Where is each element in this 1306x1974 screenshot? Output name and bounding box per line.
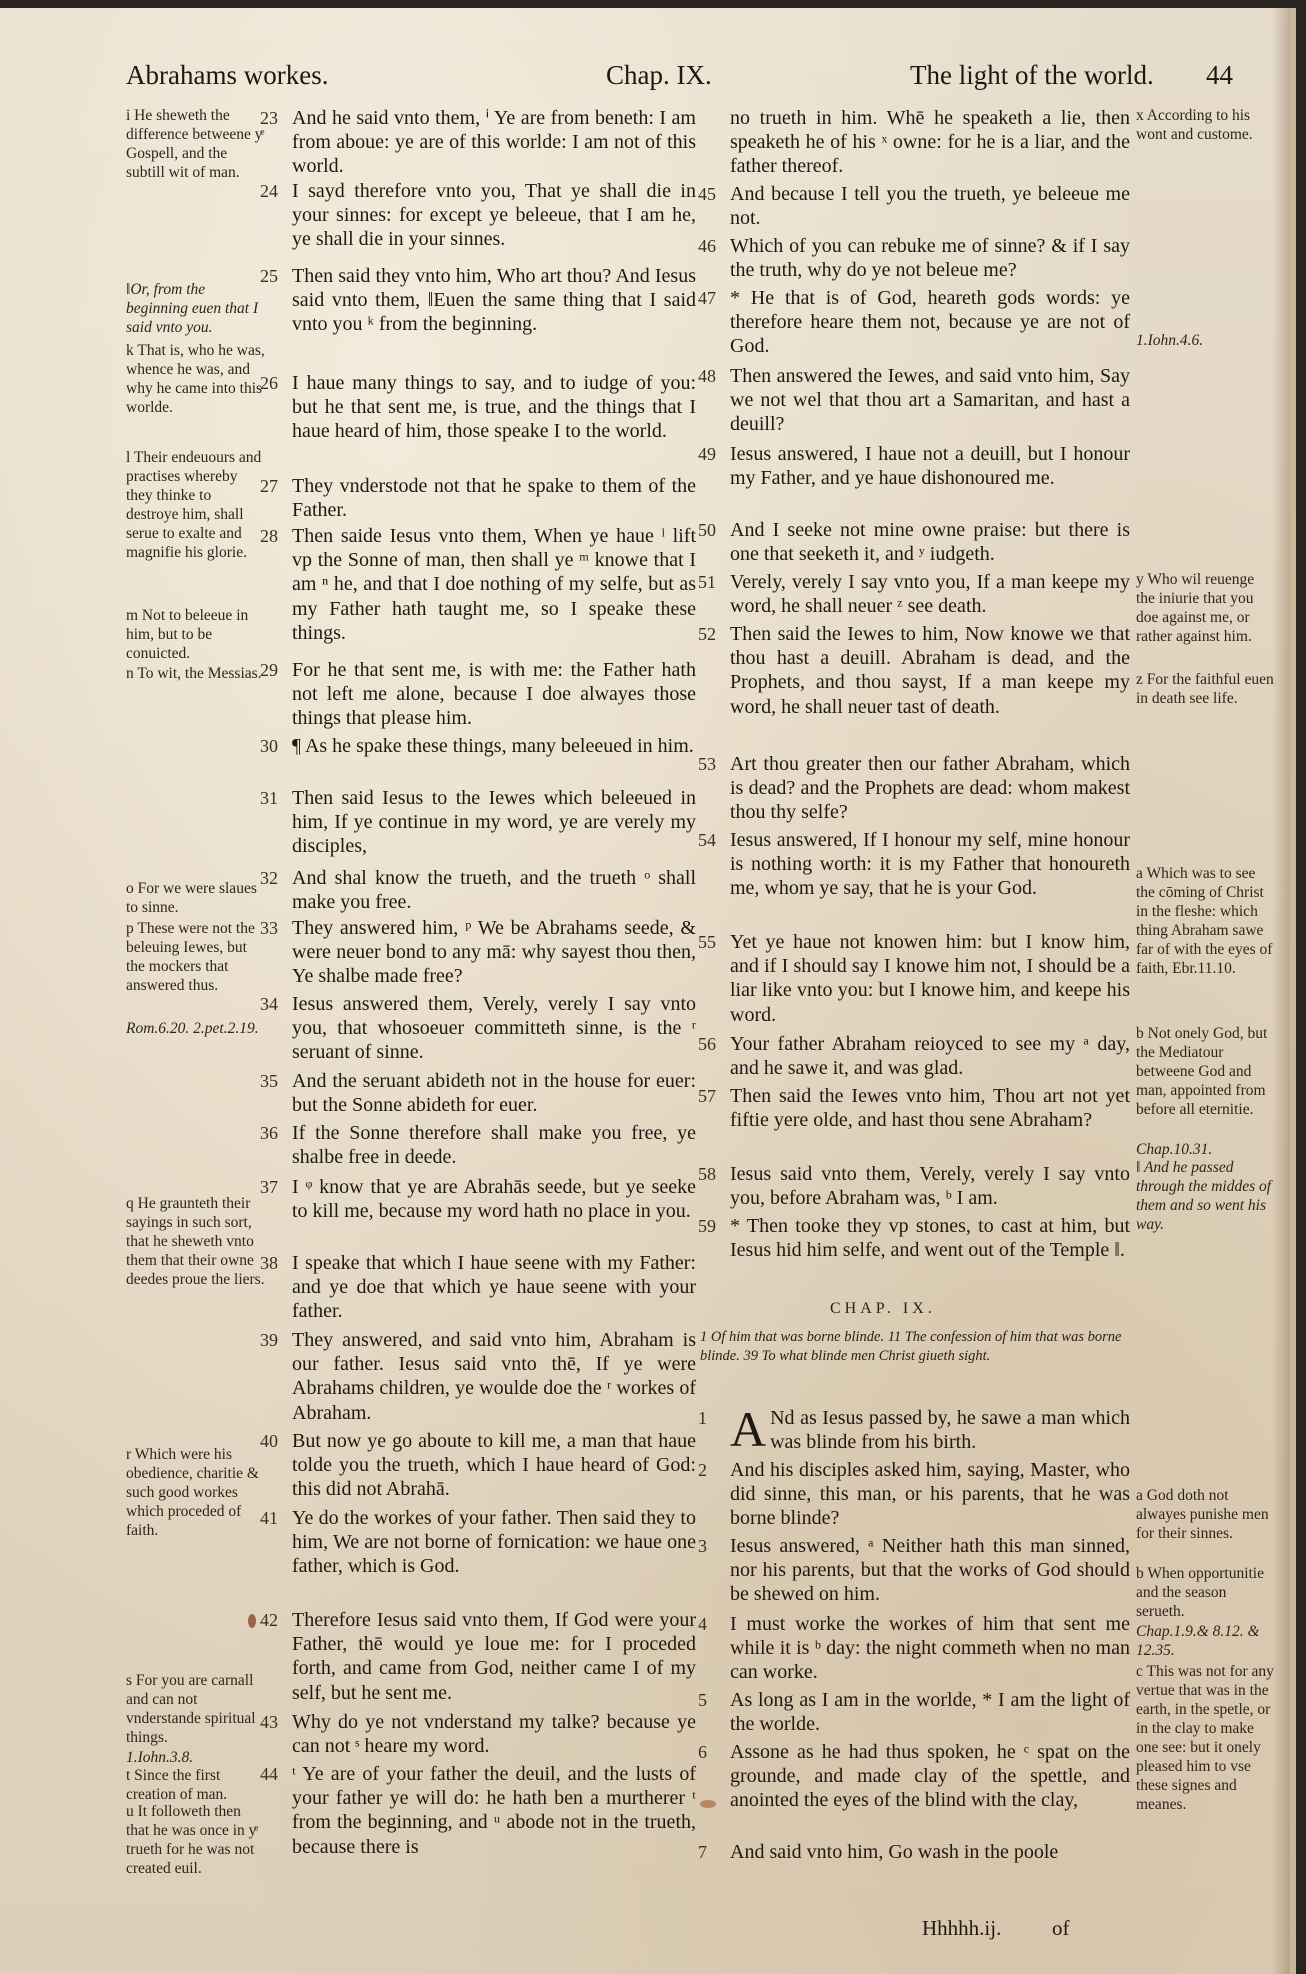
verse: 4I must worke the workes of him that sen…	[730, 1612, 1130, 1685]
marginal-note: r Which were his obedience, charitie & s…	[126, 1445, 266, 1540]
verse-number: 57	[698, 1084, 716, 1108]
verse-number: 50	[698, 518, 716, 542]
marginal-note: p These were not the beleuing Iewes, but…	[126, 919, 266, 995]
verse: 52Then said the Iewes to him, Now knowe …	[730, 622, 1130, 719]
verse: 27They vnderstode not that he spake to t…	[292, 474, 696, 522]
verse: 5As long as I am in the worlde, * I am t…	[730, 1688, 1130, 1736]
verse-text: Assone as he had thus spoken, he ᶜ spat …	[730, 1740, 1130, 1813]
verse-text: Therefore Iesus said vnto them, If God w…	[292, 1608, 696, 1705]
verse: 37I ᵠ know that ye are Abrahās seede, bu…	[292, 1175, 696, 1223]
verse-number: 54	[698, 828, 716, 852]
verse-number: 33	[260, 916, 278, 940]
marginal-note: b When opportunitie and the season serue…	[1136, 1564, 1276, 1621]
marginal-note: Rom.6.20. 2.pet.2.19.	[126, 1019, 266, 1038]
verse-number: 32	[260, 866, 278, 890]
verse-text: And his disciples asked him, saying, Mas…	[730, 1458, 1130, 1531]
verse-number: 30	[260, 734, 278, 758]
marginal-note: m Not to beleeue in him, but to be conui…	[126, 606, 266, 663]
verse-text: Then said the Iewes vnto him, Thou art n…	[730, 1084, 1130, 1132]
verse-text: I speake that which I haue seene with my…	[292, 1251, 696, 1324]
marginal-note: Chap.10.31.	[1136, 1140, 1276, 1159]
verse: 23And he said vnto them, ⁱ Ye are from b…	[292, 106, 696, 179]
marginal-note: s For you are carnall and can not vnders…	[126, 1671, 266, 1747]
verse: 50And I seeke not mine owne praise: but …	[730, 518, 1130, 566]
verse: 26I haue many things to say, and to iudg…	[292, 371, 696, 444]
verse-number: 39	[260, 1328, 278, 1352]
marginal-note: a God doth not alwayes punishe men for t…	[1136, 1486, 1276, 1543]
verse: 53Art thou greater then our father Abrah…	[730, 752, 1130, 825]
folio-number: 44	[1206, 60, 1233, 91]
verse-text: Art thou greater then our father Abraham…	[730, 752, 1130, 825]
verse-number: 23	[260, 106, 278, 130]
verse: 30¶ As he spake these things, many belee…	[292, 734, 696, 758]
verse-text: I ᵠ know that ye are Abrahās seede, but …	[292, 1175, 696, 1223]
verse-text: But now ye go aboute to kill me, a man t…	[292, 1429, 696, 1502]
marginal-note: ‖Or, from the beginning euen that I said…	[126, 280, 266, 337]
verse: 49Iesus answered, I haue not a deuill, b…	[730, 442, 1130, 490]
verse-body: Nd as Iesus passed by, he sawe a man whi…	[770, 1407, 1130, 1453]
verse-number: 25	[260, 264, 278, 288]
verse-number: 6	[698, 1740, 707, 1764]
verse-text: I sayd therefore vnto you, That ye shall…	[292, 179, 696, 252]
verse: 24I sayd therefore vnto you, That ye sha…	[292, 179, 696, 252]
verse-text: Iesus said vnto them, Verely, verely I s…	[730, 1162, 1130, 1210]
verse-number: 35	[260, 1069, 278, 1093]
verse: 54Iesus answered, If I honour my self, m…	[730, 828, 1130, 901]
verse-text: Which of you can rebuke me of sinne? & i…	[730, 234, 1130, 282]
verse-text: They vnderstode not that he spake to the…	[292, 474, 696, 522]
marginal-note: ‖ And he passed through the middes of th…	[1136, 1158, 1276, 1234]
verse-text: Then answered the Iewes, and said vnto h…	[730, 364, 1130, 437]
verse: 32And shal know the trueth, and the true…	[292, 866, 696, 914]
marginal-note: l Their endeuours and practises whereby …	[126, 448, 266, 562]
chapter-heading: CHAP. IX.	[830, 1300, 936, 1318]
verse-number: 49	[698, 442, 716, 466]
verse: 7And said vnto him, Go wash in the poole	[730, 1840, 1130, 1864]
verse-number: 36	[260, 1121, 278, 1145]
verse-number: 24	[260, 179, 278, 203]
verse-text: Yet ye haue not knowen him: but I know h…	[730, 930, 1130, 1027]
verse-number: 40	[260, 1429, 278, 1453]
verse-number: 29	[260, 658, 278, 682]
verse-number: 52	[698, 622, 716, 646]
verse-number: 51	[698, 570, 716, 594]
verse-number: 26	[260, 371, 278, 395]
signature-mark: Hhhhh.ij.	[922, 1916, 1001, 1941]
verse-body: I must worke the workes of him that sent…	[730, 1613, 1130, 1683]
verse-body: And his disciples asked him, saying, Mas…	[730, 1459, 1130, 1529]
marginal-note: u It followeth then that he was once in …	[126, 1802, 266, 1878]
marginal-note: o For we were slaues to sinne.	[126, 879, 266, 917]
verse-text: And the seruant abideth not in the house…	[292, 1069, 696, 1117]
verse-text: For he that sent me, is with me: the Fat…	[292, 658, 696, 731]
marginal-note: a Which was to see the cōming of Christ …	[1136, 864, 1276, 978]
verse-number: 55	[698, 930, 716, 954]
verse-text: They answered, and said vnto him, Abraha…	[292, 1328, 696, 1425]
marginal-note: Chap.1.9.& 8.12. & 12.35.	[1136, 1622, 1276, 1660]
verse: 40But now ye go aboute to kill me, a man…	[292, 1429, 696, 1502]
verse-number: 41	[260, 1506, 278, 1530]
verse: 36If the Sonne therefore shall make you …	[292, 1121, 696, 1169]
verse-number: 58	[698, 1162, 716, 1186]
verse: 41Ye do the workes of your father. Then …	[292, 1506, 696, 1579]
verse-body: As long as I am in the worlde, * I am th…	[730, 1689, 1130, 1735]
verse-number: 7	[698, 1840, 707, 1864]
verse-text: no trueth in him. Whē he speaketh a lie,…	[730, 106, 1130, 179]
verse-text: And I seeke not mine owne praise: but th…	[730, 518, 1130, 566]
verse-number: 44	[260, 1762, 278, 1786]
verse: 58Iesus said vnto them, Verely, verely I…	[730, 1162, 1130, 1210]
verse-number: 1	[698, 1406, 707, 1430]
scanned-page: Abrahams workes. Chap. IX. The light of …	[0, 8, 1296, 1974]
verse-text: I haue many things to say, and to iudge …	[292, 371, 696, 444]
verse-number: 34	[260, 992, 278, 1016]
verse-text: Verely, verely I say vnto you, If a man …	[730, 570, 1130, 618]
verse-number: 42	[260, 1608, 278, 1632]
verse-number: 45	[698, 182, 716, 206]
marginal-note: b Not onely God, but the Mediatour betwe…	[1136, 1024, 1276, 1119]
verse: 6Assone as he had thus spoken, he ᶜ spat…	[730, 1740, 1130, 1813]
verse: 43Why do ye not vnderstand my talke? bec…	[292, 1710, 696, 1758]
verse-body: Assone as he had thus spoken, he ᶜ spat …	[730, 1741, 1130, 1811]
verse: 29For he that sent me, is with me: the F…	[292, 658, 696, 731]
marginal-note: n To wit, the Messias.	[126, 664, 266, 683]
header-left-title: Abrahams workes.	[126, 60, 328, 91]
verse: 25Then said they vnto him, Who art thou?…	[292, 264, 696, 337]
ink-stain	[248, 1614, 256, 1628]
verse-text: Iesus answered, I haue not a deuill, but…	[730, 442, 1130, 490]
verse: no trueth in him. Whē he speaketh a lie,…	[730, 106, 1130, 179]
verse: 1ANd as Iesus passed by, he sawe a man w…	[730, 1406, 1130, 1454]
verse: 3Iesus answered, ᵃ Neither hath this man…	[730, 1534, 1130, 1607]
verse: 48Then answered the Iewes, and said vnto…	[730, 364, 1130, 437]
verse-text: Then said they vnto him, Who art thou? A…	[292, 264, 696, 337]
verse-text: * He that is of God, heareth gods words:…	[730, 286, 1130, 359]
verse: 31Then said Iesus to the Iewes which bel…	[292, 786, 696, 859]
marginal-note: 1.Iohn.3.8.	[126, 1748, 266, 1767]
verse-body: And said vnto him, Go wash in the poole	[730, 1841, 1058, 1863]
verse: 35And the seruant abideth not in the hou…	[292, 1069, 696, 1117]
verse-number: 46	[698, 234, 716, 258]
verse-text: Your father Abraham reioyced to see my ᵃ…	[730, 1032, 1130, 1080]
marginal-note: x According to his wont and custome.	[1136, 106, 1276, 144]
verse-text: And he said vnto them, ⁱ Ye are from ben…	[292, 106, 696, 179]
header-chapter: Chap. IX.	[606, 60, 712, 91]
verse: 51Verely, verely I say vnto you, If a ma…	[730, 570, 1130, 618]
verse-number: 5	[698, 1688, 707, 1712]
verse: 33They answered him, ᵖ We be Abrahams se…	[292, 916, 696, 989]
marginal-note: z For the faithful euen in death see lif…	[1136, 670, 1276, 708]
verse-text: They answered him, ᵖ We be Abrahams seed…	[292, 916, 696, 989]
verse-number: 56	[698, 1032, 716, 1056]
verse-text: Then saide Iesus vnto them, When ye haue…	[292, 524, 696, 645]
verse: 38I speake that which I haue seene with …	[292, 1251, 696, 1324]
verse: 2And his disciples asked him, saying, Ma…	[730, 1458, 1130, 1531]
verse-text: Then said Iesus to the Iewes which belee…	[292, 786, 696, 859]
marginal-note: y Who wil reuenge the iniurie that you d…	[1136, 570, 1276, 646]
verse: 57Then said the Iewes vnto him, Thou art…	[730, 1084, 1130, 1132]
verse-number: 38	[260, 1251, 278, 1275]
verse: 56Your father Abraham reioyced to see my…	[730, 1032, 1130, 1080]
marginal-note: c This was not for any vertue that was i…	[1136, 1662, 1276, 1814]
verse-number: 53	[698, 752, 716, 776]
verse: 46Which of you can rebuke me of sinne? &…	[730, 234, 1130, 282]
verse-text: ᵗ Ye are of your father the deuil, and t…	[292, 1762, 696, 1859]
verse: 42Therefore Iesus said vnto them, If God…	[292, 1608, 696, 1705]
marginal-note: k That is, who he was, whence he was, an…	[126, 341, 266, 417]
verse-number: 48	[698, 364, 716, 388]
verse-text: And said vnto him, Go wash in the poole	[730, 1840, 1130, 1864]
verse-text: Iesus answered, ᵃ Neither hath this man …	[730, 1534, 1130, 1607]
verse: 45And because I tell you the trueth, ye …	[730, 182, 1130, 230]
marginal-note: 1.Iohn.4.6.	[1136, 331, 1276, 350]
verse-text: Iesus answered, If I honour my self, min…	[730, 828, 1130, 901]
verse: 59* Then tooke they vp stones, to cast a…	[730, 1214, 1130, 1262]
verse-number: 31	[260, 786, 278, 810]
verse: 34Iesus answered them, Verely, verely I …	[292, 992, 696, 1065]
ink-stain	[700, 1800, 716, 1808]
marginal-note: t Since the first creation of man.	[126, 1766, 266, 1804]
verse-text: * Then tooke they vp stones, to cast at …	[730, 1214, 1130, 1262]
verse-number: 37	[260, 1175, 278, 1199]
verse-number: 2	[698, 1458, 707, 1482]
verse-text: Iesus answered them, Verely, verely I sa…	[292, 992, 696, 1065]
verse-body: Iesus answered, ᵃ Neither hath this man …	[730, 1535, 1130, 1605]
verse-text: ANd as Iesus passed by, he sawe a man wh…	[730, 1406, 1130, 1454]
catchword: of	[1052, 1916, 1070, 1941]
verse-number: 28	[260, 524, 278, 548]
verse: 39They answered, and said vnto him, Abra…	[292, 1328, 696, 1425]
verse-number: 43	[260, 1710, 278, 1734]
marginal-note: i He sheweth the difference betweene yͤ …	[126, 106, 266, 182]
verse: 44ᵗ Ye are of your father the deuil, and…	[292, 1762, 696, 1859]
verse: 28Then saide Iesus vnto them, When ye ha…	[292, 524, 696, 645]
verse-text: And because I tell you the trueth, ye be…	[730, 182, 1130, 230]
verse-number: 4	[698, 1612, 707, 1636]
running-header: Abrahams workes. Chap. IX. The light of …	[126, 60, 1256, 100]
verse-text: As long as I am in the worlde, * I am th…	[730, 1688, 1130, 1736]
verse-number: 59	[698, 1214, 716, 1238]
verse-number: 27	[260, 474, 278, 498]
verse-text: Then said the Iewes to him, Now knowe we…	[730, 622, 1130, 719]
verse-number: 3	[698, 1534, 707, 1558]
verse-text: If the Sonne therefore shall make you fr…	[292, 1121, 696, 1169]
chapter-argument: 1 Of him that was borne blinde. 11 The c…	[700, 1328, 1130, 1366]
verse: 55Yet ye haue not knowen him: but I know…	[730, 930, 1130, 1027]
verse-text: Why do ye not vnderstand my talke? becau…	[292, 1710, 696, 1758]
drop-cap: A	[730, 1408, 766, 1450]
verse-text: And shal know the trueth, and the trueth…	[292, 866, 696, 914]
header-right-title: The light of the world.	[910, 60, 1154, 91]
verse: 47* He that is of God, heareth gods word…	[730, 286, 1130, 359]
marginal-note: q He graunteth their sayings in such sor…	[126, 1194, 266, 1289]
verse-text: I must worke the workes of him that sent…	[730, 1612, 1130, 1685]
verse-text: Ye do the workes of your father. Then sa…	[292, 1506, 696, 1579]
verse-text: ¶ As he spake these things, many beleeue…	[292, 734, 696, 758]
verse-number: 47	[698, 286, 716, 310]
